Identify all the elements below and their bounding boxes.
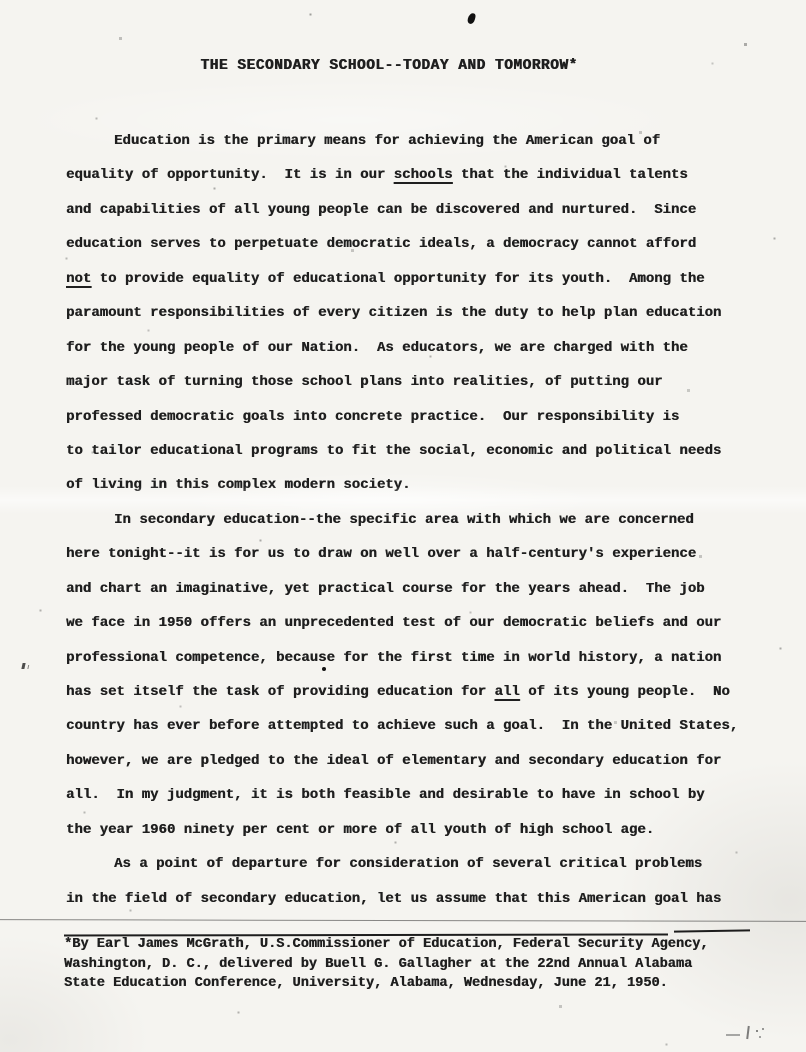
body-line: equality of opportunity. It is in our sc… <box>66 158 766 192</box>
body-line: As a point of departure for consideratio… <box>66 847 766 881</box>
text-segment: professed democratic goals into concrete… <box>66 409 679 425</box>
footnote-line: State Education Conference, University, … <box>64 974 764 994</box>
text-segment: we face in 1950 offers an unprecedented … <box>66 615 721 631</box>
body-line: professed democratic goals into concrete… <box>66 400 766 434</box>
body-line: and chart an imaginative, yet practical … <box>66 572 766 606</box>
text-segment: all. In my judgment, it is both feasible… <box>66 787 705 803</box>
body-line: all. In my judgment, it is both feasible… <box>66 778 766 812</box>
body-line: and capabilities of all young people can… <box>66 193 766 227</box>
text-segment: paramount responsibilities of every citi… <box>66 305 721 321</box>
ink-blob-artifact <box>467 12 476 24</box>
body-line: In secondary education--the specific are… <box>66 503 766 537</box>
stray-ink-dot-artifact <box>322 667 326 671</box>
underlined-word: schools <box>394 167 453 183</box>
underlined-word: all <box>494 684 519 700</box>
text-segment: in the field of secondary education, let… <box>66 891 721 907</box>
body-line: of living in this complex modern society… <box>66 468 766 502</box>
text-segment: As a point of departure for consideratio… <box>114 856 702 872</box>
body-line: we face in 1950 offers an unprecedented … <box>66 606 766 640</box>
text-segment: In secondary education--the specific are… <box>114 512 694 528</box>
text-segment: the year 1960 ninety per cent or more of… <box>66 822 654 838</box>
text-segment: of its young people. No <box>520 684 730 700</box>
footnote: *By Earl James McGrath, U.S.Commissioner… <box>64 935 764 994</box>
body-line: country has ever before attempted to ach… <box>66 709 766 743</box>
body-line: education serves to perpetuate democrati… <box>66 227 766 261</box>
text-segment: equality of opportunity. It is in our <box>66 167 394 183</box>
text-segment: of living in this complex modern society… <box>66 477 410 493</box>
body-line: the year 1960 ninety per cent or more of… <box>66 813 766 847</box>
text-segment: for the young people of our Nation. As e… <box>66 340 688 356</box>
body-line: in the field of secondary education, let… <box>66 882 766 916</box>
body-line: for the young people of our Nation. As e… <box>66 331 766 365</box>
document-body: Education is the primary means for achie… <box>66 124 766 916</box>
body-line: major task of turning those school plans… <box>66 365 766 399</box>
pencil-scribble-artifact <box>712 1024 782 1048</box>
margin-mark-artifact <box>21 663 25 669</box>
body-line: paramount responsibilities of every citi… <box>66 296 766 330</box>
text-segment: to provide equality of educational oppor… <box>91 271 704 287</box>
text-segment: to tailor educational programs to fit th… <box>66 443 721 459</box>
body-line: here tonight--it is for us to draw on we… <box>66 537 766 571</box>
text-segment: and chart an imaginative, yet practical … <box>66 581 705 597</box>
text-segment: major task of turning those school plans… <box>66 374 663 390</box>
text-segment: education serves to perpetuate democrati… <box>66 236 696 252</box>
text-segment: Education is the primary means for achie… <box>114 133 660 149</box>
paper-noise-specks <box>0 0 1 1</box>
body-line: however, we are pledged to the ideal of … <box>66 744 766 778</box>
text-segment: professional competence, because for the… <box>66 650 721 666</box>
body-line: to tailor educational programs to fit th… <box>66 434 766 468</box>
scan-crease-line <box>0 919 806 922</box>
footnote-separator-rule-right <box>674 929 750 932</box>
body-line: not to provide equality of educational o… <box>66 262 766 296</box>
pencil-stroke <box>746 1026 750 1039</box>
text-segment: and capabilities of all young people can… <box>66 202 696 218</box>
footnote-line: Washington, D. C., delivered by Buell G.… <box>64 955 764 975</box>
pencil-stroke <box>726 1034 740 1036</box>
body-line: professional competence, because for the… <box>66 641 766 675</box>
scanned-document-page: THE SECONDARY SCHOOL--TODAY AND TOMORROW… <box>0 0 806 1052</box>
underlined-word: not <box>66 271 91 287</box>
body-line: has set itself the task of providing edu… <box>66 675 766 709</box>
document-title: THE SECONDARY SCHOOL--TODAY AND TOMORROW… <box>0 58 778 74</box>
text-segment: however, we are pledged to the ideal of … <box>66 753 721 769</box>
body-line: Education is the primary means for achie… <box>66 124 766 158</box>
pencil-ticks <box>756 1030 758 1032</box>
text-segment: that the individual talents <box>452 167 687 183</box>
text-segment: has set itself the task of providing edu… <box>66 684 494 700</box>
text-segment: here tonight--it is for us to draw on we… <box>66 546 696 562</box>
text-segment: country has ever before attempted to ach… <box>66 718 738 734</box>
footnote-line: *By Earl James McGrath, U.S.Commissioner… <box>64 935 764 955</box>
